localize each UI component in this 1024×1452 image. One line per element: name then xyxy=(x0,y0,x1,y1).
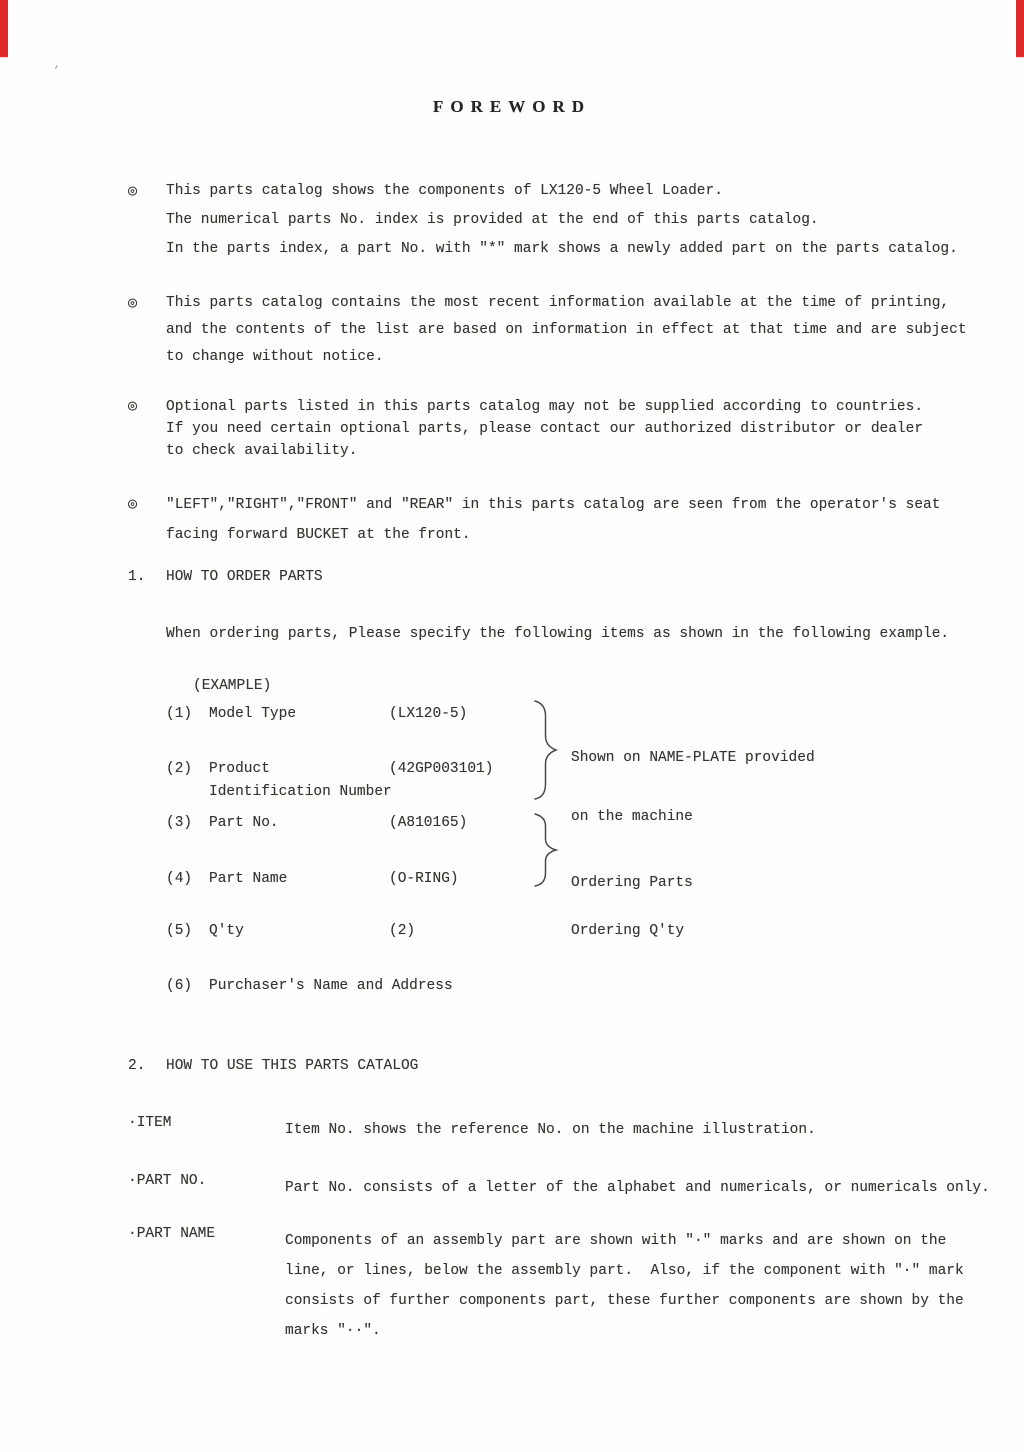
annotation-line: Shown on NAME-PLATE provided xyxy=(571,745,815,772)
item-number: (4) xyxy=(166,871,209,887)
term-label: ·PART NAME xyxy=(128,1226,285,1346)
brace-icon xyxy=(530,812,560,893)
term-definition-row: ·PART NAME Components of an assembly par… xyxy=(128,1226,964,1346)
double-circle-bullet-icon: ◎ xyxy=(128,396,166,462)
item-number: (1) xyxy=(166,706,209,722)
ordering-parts-annotation: Ordering Parts xyxy=(571,838,693,929)
item-value: (LX120-5) xyxy=(389,706,467,722)
annotation-line: on the machine xyxy=(571,804,815,831)
term-label: ·ITEM xyxy=(128,1115,285,1145)
scan-edge-artifact-left xyxy=(0,0,8,57)
scan-edge-artifact-right xyxy=(1016,0,1024,57)
section-number: 1. xyxy=(128,569,166,585)
item-value: (42GP003101) xyxy=(389,761,493,777)
scan-speck: , xyxy=(54,60,60,71)
scanned-document-page: , FOREWORD ◎ This parts catalog shows th… xyxy=(0,0,1024,1452)
notice-line: This parts catalog shows the components … xyxy=(166,177,958,206)
notice-paragraph: ◎ This parts catalog shows the component… xyxy=(128,177,958,264)
section-number: 2. xyxy=(128,1058,166,1074)
item-number: (3) xyxy=(166,815,209,831)
term-desc-line: marks "··". xyxy=(285,1316,964,1346)
notice-line: Optional parts listed in this parts cata… xyxy=(166,396,923,418)
notice-line: to change without notice. xyxy=(166,344,967,371)
example-item-row: (5)Q'ty (2) Ordering Q'ty xyxy=(166,923,866,947)
notice-line: If you need certain optional parts, plea… xyxy=(166,418,923,440)
section-2-heading: 2. HOW TO USE THIS PARTS CATALOG xyxy=(128,1058,418,1074)
term-desc-line: Components of an assembly part are shown… xyxy=(285,1226,964,1256)
item-value: (O-RING) xyxy=(389,871,459,887)
double-circle-bullet-icon: ◎ xyxy=(128,177,166,264)
notice-line: facing forward BUCKET at the front. xyxy=(166,520,940,550)
notice-line: The numerical parts No. index is provide… xyxy=(166,206,958,235)
item-label: Part No. xyxy=(209,815,279,831)
section-title: HOW TO ORDER PARTS xyxy=(166,569,323,585)
brace-icon xyxy=(530,698,560,807)
term-definition-row: ·PART NO. Part No. consists of a letter … xyxy=(128,1173,990,1203)
notice-line: and the contents of the list are based o… xyxy=(166,317,967,344)
notice-line: to check availability. xyxy=(166,440,923,462)
example-item-row: (4)Part Name (O-RING) xyxy=(166,871,866,895)
item-value: (2) xyxy=(389,923,415,939)
item-label: Q'ty xyxy=(209,923,244,939)
notice-paragraph: ◎ "LEFT","RIGHT","FRONT" and "REAR" in t… xyxy=(128,490,940,550)
item-number: (6) xyxy=(166,978,209,994)
example-item-row: (6)Purchaser's Name and Address xyxy=(166,978,866,1002)
term-definition-row: ·ITEM Item No. shows the reference No. o… xyxy=(128,1115,816,1145)
term-desc-line: Part No. consists of a letter of the alp… xyxy=(285,1173,990,1203)
notice-line: In the parts index, a part No. with "*" … xyxy=(166,235,958,264)
notice-paragraph: ◎ Optional parts listed in this parts ca… xyxy=(128,396,923,462)
double-circle-bullet-icon: ◎ xyxy=(128,290,166,371)
item-value: (A810165) xyxy=(389,815,467,831)
example-label: (EXAMPLE) xyxy=(193,678,271,694)
section-title: HOW TO USE THIS PARTS CATALOG xyxy=(166,1058,418,1074)
page-title: FOREWORD xyxy=(0,97,1024,117)
double-circle-bullet-icon: ◎ xyxy=(128,490,166,550)
notice-line: "LEFT","RIGHT","FRONT" and "REAR" in thi… xyxy=(166,490,940,520)
term-desc-line: consists of further components part, the… xyxy=(285,1286,964,1316)
term-desc-line: line, or lines, below the assembly part.… xyxy=(285,1256,964,1286)
item-label: Model Type xyxy=(209,706,296,722)
item-label: Part Name xyxy=(209,871,287,887)
annotation-line: Ordering Parts xyxy=(571,870,693,897)
notice-line: This parts catalog contains the most rec… xyxy=(166,290,967,317)
item-number: (5) xyxy=(166,923,209,939)
term-desc-line: Item No. shows the reference No. on the … xyxy=(285,1115,816,1145)
item-label-line2: Identification Number xyxy=(209,784,392,800)
notice-paragraph: ◎ This parts catalog contains the most r… xyxy=(128,290,967,371)
item-label: Purchaser's Name and Address xyxy=(209,978,453,994)
item-label: Product xyxy=(209,761,270,777)
term-label: ·PART NO. xyxy=(128,1173,285,1203)
section-1-intro: When ordering parts, Please specify the … xyxy=(166,626,949,642)
section-1-heading: 1. HOW TO ORDER PARTS xyxy=(128,569,323,585)
item-number: (2) xyxy=(166,761,209,777)
